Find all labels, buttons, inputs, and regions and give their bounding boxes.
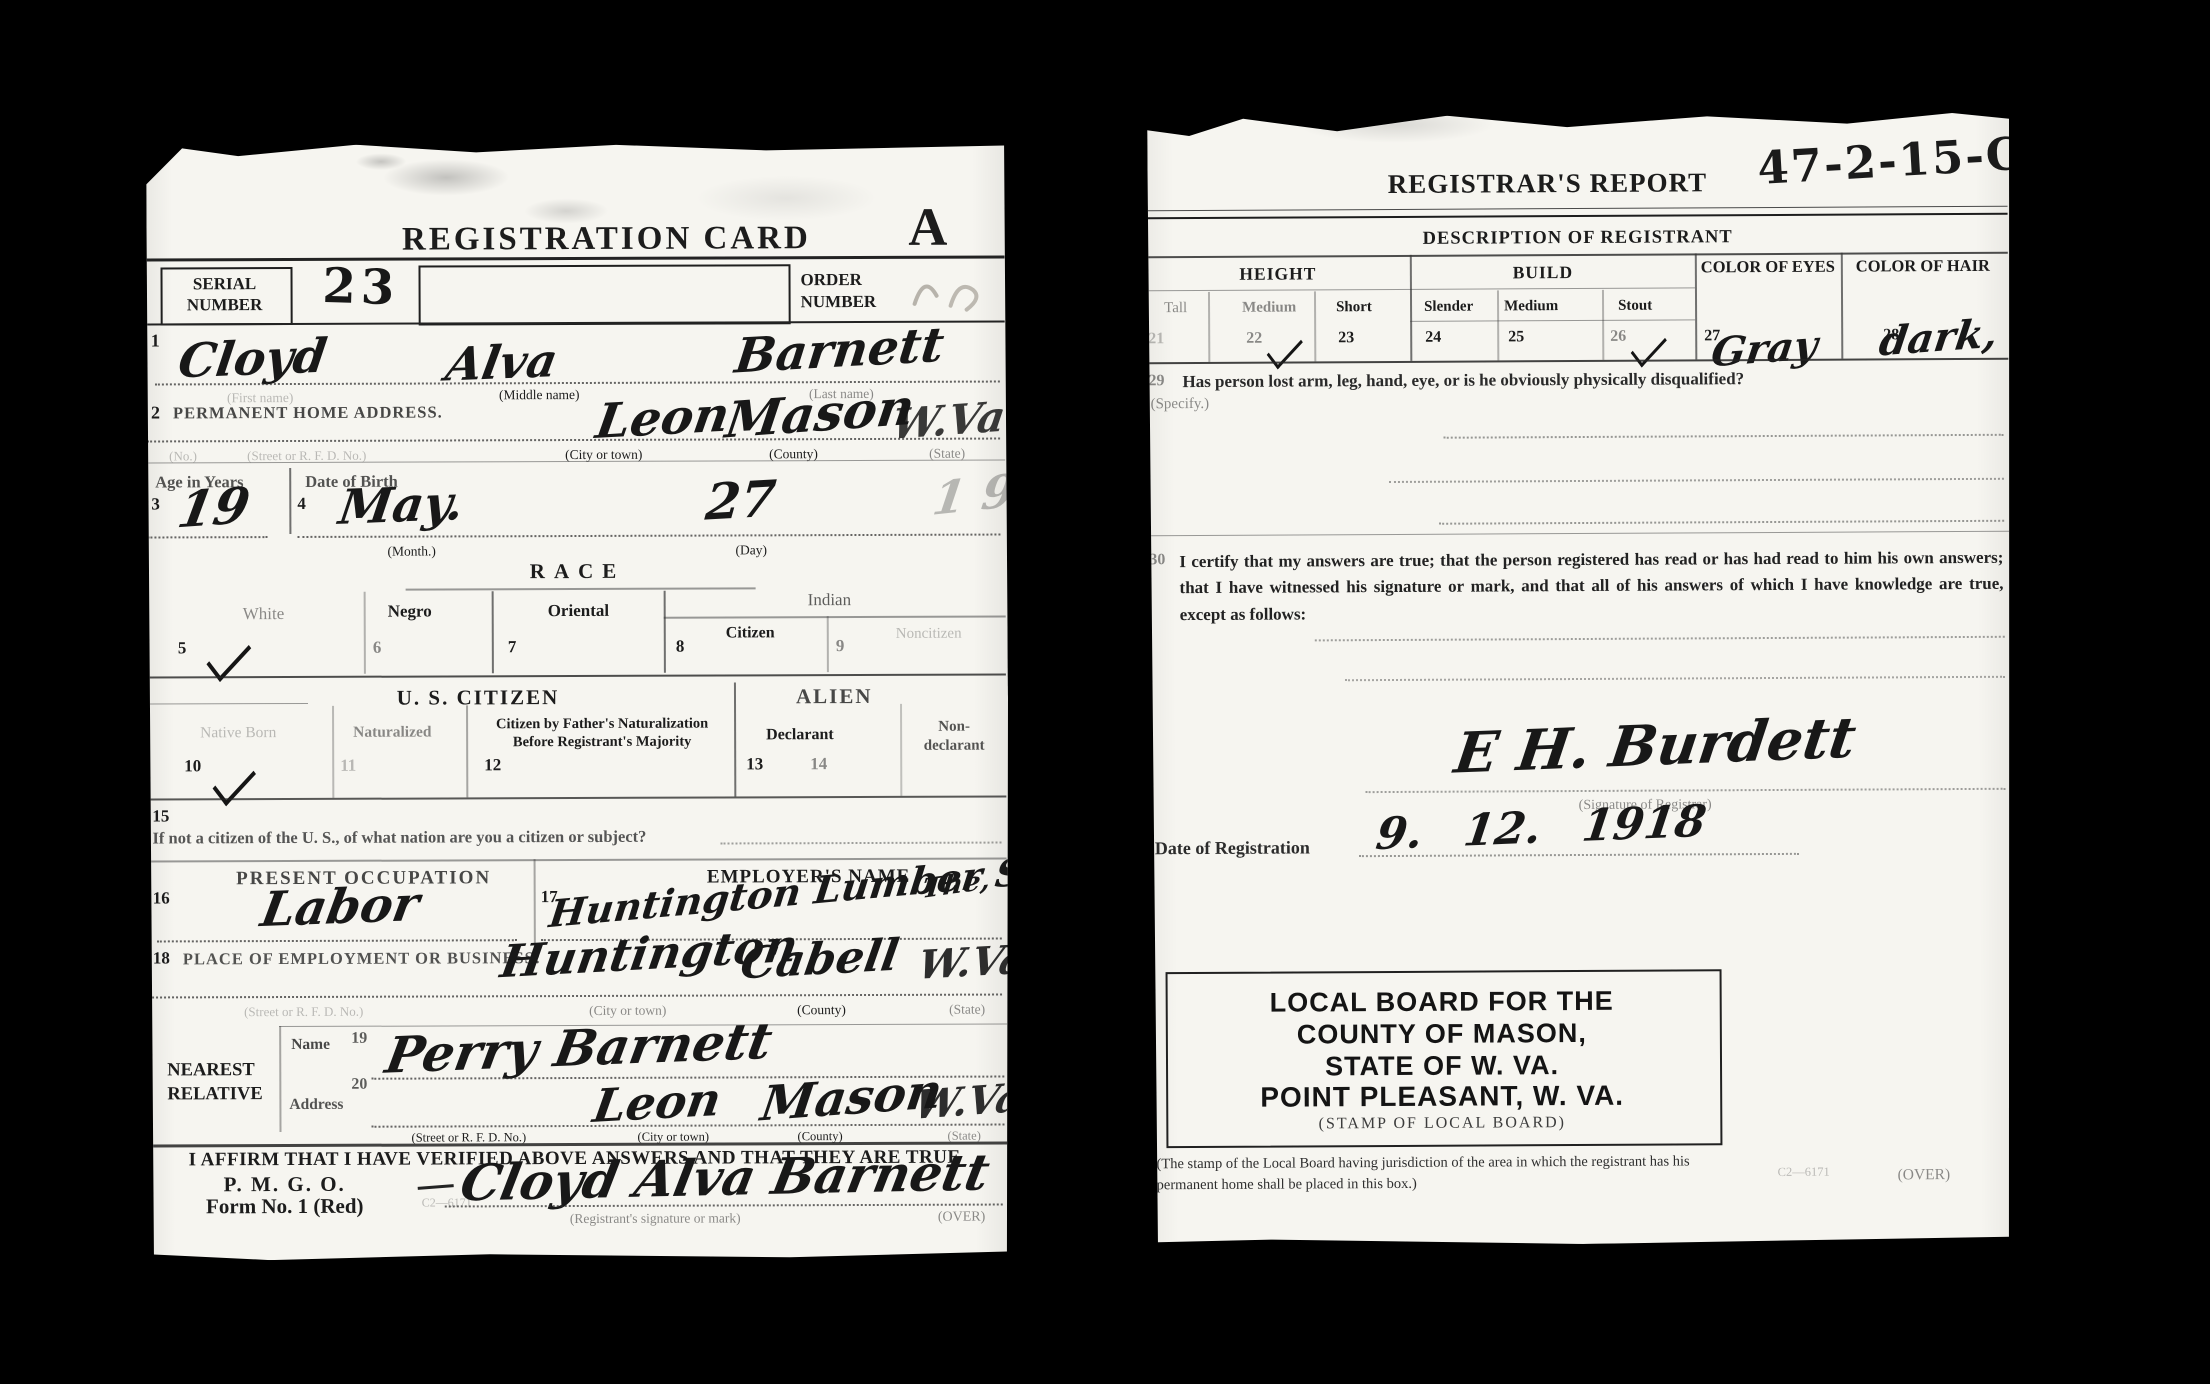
race-num-6: 6 (373, 638, 382, 658)
q30-number: 30 (1149, 551, 1165, 569)
height-medium-label: Medium (1242, 299, 1296, 316)
double-rule (1148, 206, 2008, 220)
employment-county-label: (County) (797, 1002, 846, 1018)
race-num-5: 5 (178, 638, 187, 658)
citizen-divider-1 (332, 706, 334, 798)
address-state-handwriting: W.Va (889, 392, 1008, 449)
citizen-num-10: 10 (184, 756, 201, 776)
race-num-9: 9 (836, 636, 845, 656)
employment-state-label: (State) (949, 1002, 985, 1018)
citizen-num-13: 13 (746, 754, 763, 774)
date-of-registration-label: Date of Registration (1155, 837, 1310, 859)
q29-dotted-3 (1439, 520, 2004, 525)
short-label: Short (1336, 299, 1372, 316)
us-citizen-header: U. S. CITIZEN (328, 685, 628, 711)
race-divider-1 (364, 592, 366, 674)
height-header: HEIGHT (1198, 263, 1358, 285)
q30-dotted-2 (1345, 676, 2005, 681)
rule-under-title (146, 256, 1004, 262)
native-born-label: Native Born (200, 724, 276, 742)
description-header: DESCRIPTION OF REGISTRANT (1378, 227, 1778, 250)
q30-text: I certify that my answers are true; that… (1179, 545, 2003, 628)
stamp-box-line4: POINT PLEASANT, W. VA. (1166, 1079, 1718, 1114)
stamp-note: (The stamp of the Local Board having jur… (1156, 1151, 1716, 1196)
employment-state-handwriting: W.Va (915, 936, 1029, 989)
relative-name-label: Name (291, 1036, 330, 1054)
slender-label: Slender (1424, 299, 1473, 316)
rule-under-height-build (1148, 287, 1695, 291)
age-date-divider (289, 468, 291, 534)
num-25: 25 (1508, 328, 1524, 346)
alien-header: ALIEN (796, 684, 873, 709)
race-oriental-label: Oriental (548, 601, 609, 621)
employment-label: PLACE OF EMPLOYMENT OR BUSINESS: (183, 948, 541, 969)
eyes-value-handwriting: Gray (1708, 322, 1820, 377)
race-white-label: White (243, 604, 285, 624)
registrar-signature-handwriting: E H. Burdett (1451, 705, 1860, 787)
race-header: RACE (478, 559, 678, 585)
race-white-checkmark (206, 630, 251, 682)
q29-number: 29 (1148, 372, 1164, 390)
table-divider-4 (1497, 290, 1499, 360)
employment-county-handwriting: Cabell (737, 930, 902, 990)
race-indian-label: Indian (808, 590, 852, 610)
registrant-signature-label: (Registrant's signature or mark) (570, 1210, 741, 1227)
serial-number-label: SERIAL NUMBER (163, 273, 287, 316)
birth-day-handwriting: 27 (703, 469, 778, 532)
line4-number: 4 (297, 494, 306, 514)
num-24: 24 (1425, 329, 1441, 347)
pmgo-line2: Form No. 1 (Red) (160, 1194, 410, 1220)
color-of-hair-header: COLOR OF HAIR (1848, 256, 1998, 277)
employer-handwriting: Huntington Lumber Supply (547, 838, 1145, 936)
declarant-label: Declarant (766, 726, 834, 744)
q29-dotted-1 (1444, 434, 2004, 439)
num-20: 20 (351, 1076, 367, 1094)
build-medium-label: Medium (1504, 298, 1558, 315)
race-negro-label: Negro (388, 602, 432, 622)
race-indian-citizen-label: Citizen (726, 624, 775, 642)
month-label: (Month.) (387, 543, 435, 559)
q29-text: Has person lost arm, leg, hand, eye, or … (1182, 369, 1744, 392)
line15-text: If not a citizen of the U. S., of what n… (152, 827, 646, 849)
table-divider-7 (1841, 253, 1844, 359)
stamp-code: 47-2-15-C (1756, 127, 2025, 195)
table-divider-2 (1314, 291, 1316, 361)
birth-month-handwriting: May. (335, 475, 467, 536)
date-value-handwriting: 9. 12. 1918 (1373, 796, 1709, 860)
birth-date-line (297, 534, 1000, 538)
naturalized-label: Naturalized (353, 724, 431, 742)
rule-under-race-header (406, 587, 756, 590)
employment-line (149, 994, 1002, 999)
citizen-num-12: 12 (484, 755, 501, 775)
birth-year-faint-handwriting: 1 99 (929, 460, 1051, 526)
citizen-num-14: 14 (810, 754, 827, 774)
rule-under-citizen-headers (148, 703, 308, 705)
table-divider-5 (1602, 290, 1604, 360)
relative-divider (279, 1026, 281, 1132)
registrar-signature-line (1366, 788, 2006, 793)
race-indian-noncitizen-label: Noncitizen (896, 626, 962, 643)
registrant-signature-handwriting: Cloyd Alva Barnett (456, 1142, 995, 1212)
occupation-divider (534, 859, 536, 943)
line15-dotted (721, 842, 1002, 845)
name-last-handwriting: Barnett (732, 317, 947, 384)
citizen-divider-3 (900, 704, 902, 796)
middle-name-label: (Middle name) (499, 387, 580, 403)
q29-dotted-2 (1389, 478, 2004, 483)
over-label-right: (OVER) (1898, 1166, 1951, 1184)
stamp-box-line2: COUNTY OF MASON, (1166, 1017, 1718, 1051)
occupation-line (157, 939, 517, 942)
num-19: 19 (351, 1030, 367, 1048)
race-num-7: 7 (508, 637, 517, 657)
nearest-relative-label: NEAREST RELATIVE (167, 1058, 275, 1106)
build-header: BUILD (1448, 262, 1638, 284)
rule-above-q30 (1149, 531, 2009, 537)
table-divider-3 (1410, 255, 1413, 361)
citizen-num-11: 11 (340, 756, 356, 776)
rule-under-build-sub (1410, 319, 1695, 321)
tall-label: Tall (1164, 300, 1187, 317)
citizen-by-father-label: Citizen by Father's Naturalization Befor… (484, 715, 720, 752)
address-line (147, 438, 1000, 443)
name-first-handwriting: Cloyd (175, 329, 330, 390)
num-16: 16 (153, 888, 170, 908)
line18-number: 18 (153, 948, 170, 968)
middle-empty-box (418, 264, 790, 325)
stamp-box-caption: (STAMP OF LOCAL BOARD) (1166, 1113, 1718, 1134)
q29-specify-label: (Specify.) (1151, 396, 1210, 413)
age-line-left (147, 536, 267, 538)
line3-number: 3 (151, 494, 160, 514)
order-number-label: ORDER NUMBER (800, 269, 900, 314)
order-number-faint-marks (906, 266, 990, 320)
day-label: (Day) (735, 542, 767, 558)
registration-card-title: REGISTRATION CARD (396, 220, 816, 258)
card-letter-a: A (908, 196, 947, 258)
occupation-handwriting: Labor (257, 876, 424, 938)
registrars-report-title: REGISTRAR'S REPORT (1312, 167, 1782, 200)
num-26: 26 (1610, 328, 1626, 346)
relative-address-label: Address (289, 1096, 343, 1114)
race-divider-2 (492, 591, 494, 673)
rule-under-race-section (148, 674, 1006, 679)
form-code-right: C2—6171 (1778, 1165, 1830, 1180)
num-23: 23 (1338, 329, 1354, 347)
scanned-document-page: REGISTRATION CARD A SERIAL NUMBER 23 ORD… (0, 0, 2210, 1384)
race-num-8: 8 (676, 637, 685, 657)
q30-dotted-1 (1315, 636, 2005, 642)
home-address-label: PERMANENT HOME ADDRESS. (173, 402, 443, 423)
serial-number-value: 23 (322, 258, 401, 316)
line1-number: 1 (151, 330, 160, 351)
rule-under-indian (664, 616, 1006, 619)
citizen-divider-2 (466, 705, 468, 797)
stamp-box-line1: LOCAL BOARD FOR THE (1166, 985, 1718, 1019)
non-declarant-label: Non- declarant (910, 718, 998, 756)
over-label-left: (OVER) (938, 1210, 985, 1226)
rule-under-citizen-section (148, 796, 1006, 801)
line15-number: 15 (152, 806, 169, 826)
stamp-box-line3: STATE OF W. VA. (1166, 1049, 1718, 1083)
relative-state-handwriting: W.Va (912, 1074, 1026, 1129)
table-divider-1 (1208, 292, 1210, 362)
age-value-handwriting: 19 (173, 475, 254, 539)
signature-lead-stroke (418, 1184, 454, 1190)
color-of-eyes-header: COLOR OF EYES (1700, 257, 1836, 278)
line2-number: 2 (151, 402, 160, 423)
citizen-alien-divider (734, 682, 736, 796)
num-21: 21 (1148, 330, 1164, 348)
stout-label: Stout (1618, 298, 1652, 315)
registrars-report-card: REGISTRAR'S REPORT 47-2-15-C DESCRIPTION… (1147, 110, 2015, 1246)
table-divider-6 (1695, 253, 1698, 359)
race-divider-4 (827, 616, 829, 672)
num-22: 22 (1246, 330, 1262, 348)
employment-street-label: (Street or R. F. D. No.) (244, 1004, 363, 1020)
registration-card: REGISTRATION CARD A SERIAL NUMBER 23 ORD… (146, 138, 1010, 1262)
race-divider-3 (664, 591, 666, 673)
